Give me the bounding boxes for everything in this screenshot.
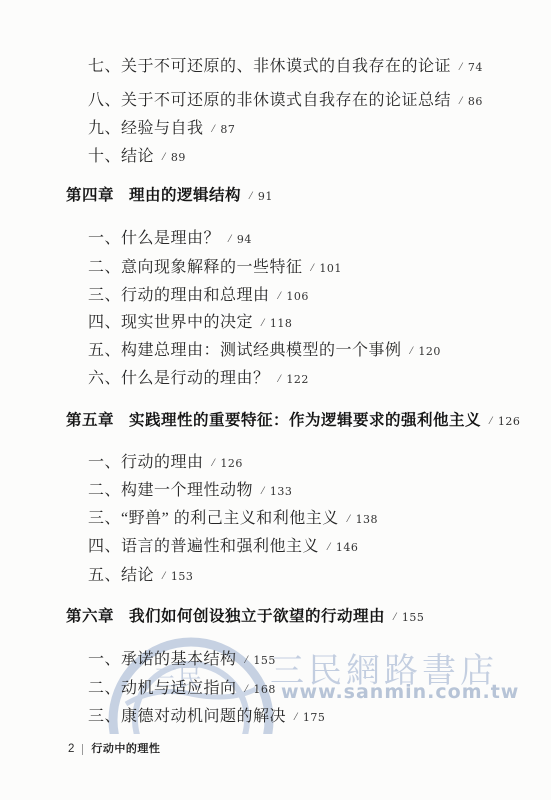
page-separator: / <box>410 344 414 356</box>
toc-item: 三、“野兽” 的利己主义和利他主义/138 <box>88 511 378 527</box>
toc-item-label: 六、什么是行动的理由？ <box>88 370 270 387</box>
toc-item: 二、构建一个理性动物/133 <box>88 483 292 499</box>
toc-item: 五、结论/153 <box>88 568 193 584</box>
toc-item-page: 126 <box>220 457 243 470</box>
toc-item-label: 五、结论 <box>88 567 154 584</box>
toc-item-label: 十、结论 <box>88 148 154 165</box>
toc-chapter-heading: 第五章实践理性的重要特征：作为逻辑要求的强利他主义/126 <box>66 413 520 429</box>
toc-item-label: 四、现实世界中的决定 <box>88 314 253 331</box>
toc-item-label: 三、“野兽” 的利己主义和利他主义 <box>88 510 339 527</box>
page-separator: / <box>245 653 249 665</box>
page-separator: / <box>459 94 463 106</box>
toc-item: 三、康德对动机问题的解决/175 <box>88 709 325 725</box>
toc-item-page: 106 <box>286 290 309 303</box>
page-separator: / <box>261 316 265 328</box>
page-separator: / <box>249 189 253 201</box>
toc-item-page: 168 <box>253 683 276 696</box>
toc-item-label: 三、康德对动机问题的解决 <box>88 708 286 725</box>
toc-item-label: 五、构建总理由：测试经典模型的一个事例 <box>88 342 402 359</box>
toc-item: 一、承诺的基本结构/155 <box>88 652 276 668</box>
toc-item-page: 138 <box>356 513 379 526</box>
page-separator: / <box>261 484 265 496</box>
chapter-number: 第六章 <box>66 608 114 625</box>
toc-item-label: 一、承诺的基本结构 <box>88 651 237 668</box>
toc-item: 一、行动的理由/126 <box>88 455 243 471</box>
toc-item-label: 八、关于不可还原的非休谟式自我存在的论证总结 <box>88 92 451 109</box>
page-separator: / <box>162 150 166 162</box>
book-page: 三民 三民網路書店 www.sanmin.com.tw 七、关于不可还原的、非休… <box>0 0 551 800</box>
chapter-number: 第四章 <box>66 187 114 204</box>
page-separator: / <box>245 682 249 694</box>
toc-item-label: 七、关于不可还原的、非休谟式的自我存在的论证 <box>88 58 451 75</box>
toc-chapter-heading: 第四章理由的逻辑结构/91 <box>66 188 273 204</box>
toc-chapter-heading: 第六章我们如何创设独立于欲望的行动理由/155 <box>66 609 424 625</box>
chapter-page: 126 <box>498 415 521 428</box>
chapter-page: 155 <box>402 611 425 624</box>
toc-item: 四、现实世界中的决定/118 <box>88 315 292 331</box>
page-separator: / <box>311 261 315 273</box>
page-separator: / <box>278 289 282 301</box>
footer-divider <box>82 744 83 755</box>
footer-page-number: 2 <box>68 744 74 756</box>
page-separator: / <box>393 610 397 622</box>
toc-item: 九、经验与自我/87 <box>88 121 235 137</box>
toc-item-label: 九、经验与自我 <box>88 120 204 137</box>
toc-item-label: 一、什么是理由？ <box>88 230 220 247</box>
toc-item: 八、关于不可还原的非休谟式自我存在的论证总结/86 <box>88 93 483 109</box>
toc-item-label: 三、行动的理由和总理由 <box>88 287 270 304</box>
page-footer: 2 行动中的理性 <box>68 744 160 756</box>
toc-item-page: 133 <box>270 485 293 498</box>
toc-item-page: 94 <box>237 233 252 246</box>
toc-item: 七、关于不可还原的、非休谟式的自我存在的论证/74 <box>88 59 483 75</box>
toc-item: 十、结论/89 <box>88 149 186 165</box>
toc-item-page: 101 <box>319 262 342 275</box>
page-separator: / <box>347 512 351 524</box>
toc-item-page: 86 <box>468 95 483 108</box>
page-separator: / <box>212 122 216 134</box>
chapter-title: 实践理性的重要特征：作为逻辑要求的强利他主义 <box>129 412 481 429</box>
chapter-page: 91 <box>258 190 273 203</box>
toc-item: 六、什么是行动的理由？/122 <box>88 371 309 387</box>
page-separator: / <box>278 372 282 384</box>
toc-item-label: 二、构建一个理性动物 <box>88 482 253 499</box>
chapter-number: 第五章 <box>66 412 114 429</box>
chapter-title: 我们如何创设独立于欲望的行动理由 <box>129 608 385 625</box>
page-separator: / <box>162 569 166 581</box>
chapter-title: 理由的逻辑结构 <box>129 187 241 204</box>
page-separator: / <box>459 60 463 72</box>
toc-item-page: 120 <box>418 345 441 358</box>
toc-item-page: 146 <box>336 541 359 554</box>
toc-item: 四、语言的普遍性和强利他主义/146 <box>88 539 358 555</box>
toc-item: 五、构建总理由：测试经典模型的一个事例/120 <box>88 343 441 359</box>
page-separator: / <box>489 414 493 426</box>
page-separator: / <box>294 710 298 722</box>
toc-item-page: 153 <box>171 570 194 583</box>
toc-item-label: 二、意向现象解释的一些特征 <box>88 259 303 276</box>
toc-item-page: 74 <box>468 61 483 74</box>
page-separator: / <box>212 456 216 468</box>
toc-item: 二、意向现象解释的一些特征/101 <box>88 260 342 276</box>
toc-item: 一、什么是理由？/94 <box>88 231 252 247</box>
toc-item-page: 175 <box>303 711 326 724</box>
toc-item: 三、行动的理由和总理由/106 <box>88 288 309 304</box>
toc-item-label: 二、动机与适应指向 <box>88 680 237 697</box>
toc-content: 七、关于不可还原的、非休谟式的自我存在的论证/74 八、关于不可还原的非休谟式自… <box>0 0 551 800</box>
toc-item-page: 118 <box>270 317 293 330</box>
toc-item-label: 一、行动的理由 <box>88 454 204 471</box>
toc-item-page: 155 <box>253 654 276 667</box>
toc-item-label: 四、语言的普遍性和强利他主义 <box>88 538 319 555</box>
footer-book-title: 行动中的理性 <box>91 744 160 755</box>
page-separator: / <box>228 232 232 244</box>
toc-item-page: 89 <box>171 151 186 164</box>
toc-item: 二、动机与适应指向/168 <box>88 681 276 697</box>
page-separator: / <box>327 540 331 552</box>
toc-item-page: 122 <box>286 373 309 386</box>
toc-item-page: 87 <box>220 123 235 136</box>
